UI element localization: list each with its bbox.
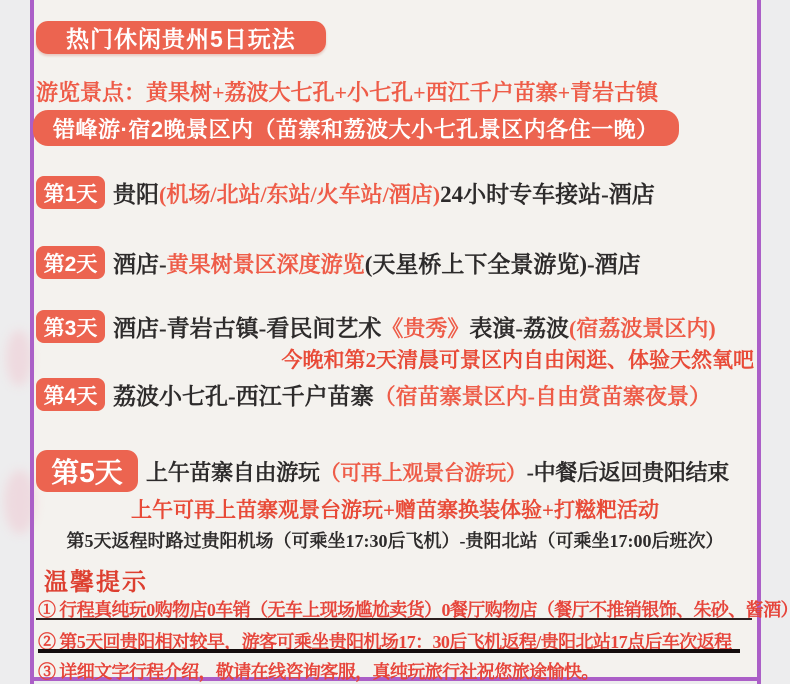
day-badge: 第1天: [36, 176, 105, 209]
day-text-segment: 《贵秀》: [381, 316, 469, 341]
day5-note: 上午可再上苗寨观景台游玩+赠苗寨换装体验+打糍粑活动: [33, 494, 757, 524]
right-purple-border: [757, 0, 761, 684]
day5-return-schedule: 第5天返程时路过贵阳机场（可乘坐17:30后飞机）-贵阳北站（可乘坐17:00后…: [33, 527, 757, 553]
day-text: 上午苗寨自由游玩（可再上观景台游玩）-中餐后返回贵阳结束: [146, 456, 729, 487]
day-text-segment: （可再上观景台游玩）: [320, 461, 527, 485]
day-text-segment: 酒店-青岩古镇-看民间艺术: [113, 316, 381, 341]
day-badge: 第2天: [36, 246, 105, 279]
tips-title: 温馨提示: [44, 562, 148, 597]
day-text-segment: -中餐后返回贵阳结束: [527, 460, 729, 485]
day-badge: 第3天: [36, 310, 105, 343]
divider-thick: [38, 649, 740, 653]
day-text-segment: 贵阳: [113, 182, 159, 207]
day-row-4: 第4天 荔波小七孔-西江千户苗寨（宿苗寨景区内-自由赏苗寨夜景）: [36, 378, 711, 411]
page-title: 热门休闲贵州5日玩法: [36, 21, 326, 54]
day-row-5: 第5天 上午苗寨自由游玩（可再上观景台游玩）-中餐后返回贵阳结束: [36, 450, 729, 492]
day-text-segment: 黄果树景区深度游览: [167, 252, 365, 277]
day-row-3: 第3天 酒店-青岩古镇-看民间艺术《贵秀》表演-荔波(宿荔波景区内): [36, 310, 716, 343]
day-row-1: 第1天 贵阳(机场/北站/东站/火车站/酒店)24小时专车接站-酒店: [36, 176, 655, 209]
day-text-segment: (天星桥上下全景游览)-酒店: [365, 252, 641, 277]
day3-note: 今晚和第2天清晨可景区内自由闲逛、体验天然氧吧: [282, 344, 755, 374]
day-text: 荔波小七孔-西江千户苗寨（宿苗寨景区内-自由赏苗寨夜景）: [113, 378, 711, 411]
day-text-segment: (宿荔波景区内): [569, 316, 716, 341]
tip-item-3: ③ 详细文字行程介绍，敬请在线咨询客服，真纯玩旅行社祝您旅途愉快。: [38, 658, 599, 684]
day-text-segment: 荔波小七孔-西江千户苗寨: [113, 384, 374, 409]
highlight-banner: 错峰游·宿2晚景区内（苗寨和荔波大小七孔景区内各住一晚）: [33, 110, 679, 146]
day-badge: 第5天: [36, 450, 138, 492]
pink-smudge: [6, 330, 32, 386]
day-text-segment: 酒店-: [113, 252, 167, 277]
day-text-segment: 上午苗寨自由游玩: [146, 460, 320, 485]
day-row-2: 第2天 酒店-黄果树景区深度游览(天星桥上下全景游览)-酒店: [36, 246, 641, 279]
spots-line: 游览景点：黄果树+荔波大七孔+小七孔+西江千户苗寨+青岩古镇: [36, 76, 658, 107]
day-text: 酒店-青岩古镇-看民间艺术《贵秀》表演-荔波(宿荔波景区内): [113, 310, 716, 343]
day-text: 贵阳(机场/北站/东站/火车站/酒店)24小时专车接站-酒店: [113, 176, 655, 209]
day-text: 酒店-黄果树景区深度游览(天星桥上下全景游览)-酒店: [113, 246, 641, 279]
day-text-segment: 表演-荔波: [469, 316, 569, 341]
promo-poster: 热门休闲贵州5日玩法 游览景点：黄果树+荔波大七孔+小七孔+西江千户苗寨+青岩古…: [0, 0, 790, 684]
day-text-segment: (机场/北站/东站/火车站/酒店): [159, 182, 440, 207]
day-text-segment: 24小时专车接站-酒店: [440, 182, 655, 207]
day-text-segment: （宿苗寨景区内-自由赏苗寨夜景）: [374, 384, 711, 409]
divider-thin: [36, 618, 752, 620]
day-badge: 第4天: [36, 378, 105, 411]
left-purple-border: [30, 0, 34, 684]
